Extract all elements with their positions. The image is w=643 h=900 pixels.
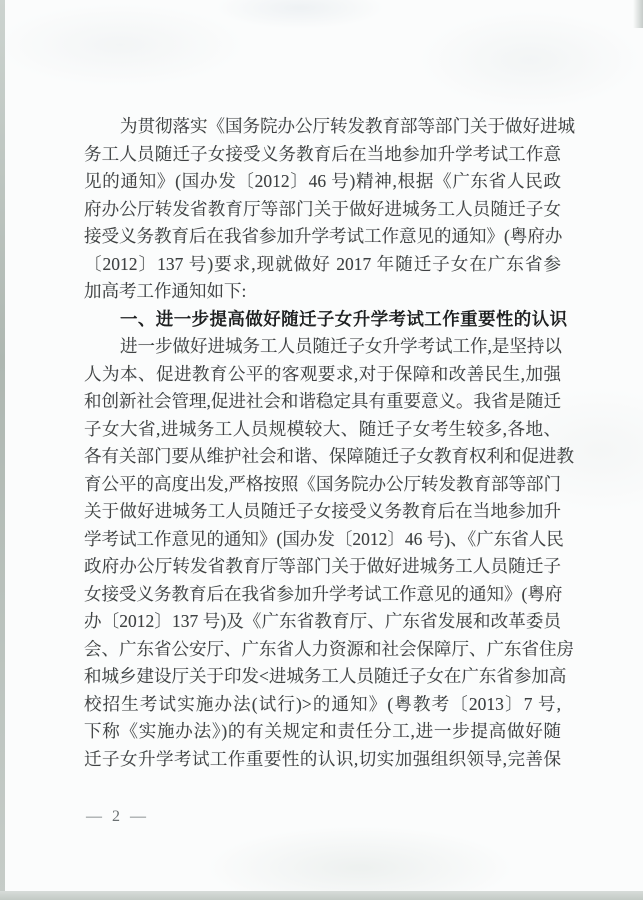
- scanned-document-page: 为贯彻落实《国务院办公厅转发教育部等部门关于做好进城 务工人员随迁子女接受义务教…: [0, 0, 643, 900]
- text-line: 女接受义务教育后在我省参加升学考试工作意见的通知》(粤府: [84, 581, 561, 609]
- text-line: 办〔2012〕137 号)及《广东省教育厅、广东省发展和改革委员: [84, 608, 561, 636]
- text-line: 会、广东省公安厅、广东省人力资源和社会保障厅、广东省住房: [84, 636, 561, 664]
- paragraph-1: 为贯彻落实《国务院办公厅转发教育部等部门关于做好进城 务工人员随迁子女接受义务教…: [84, 113, 561, 306]
- page-number: — 2 —: [86, 808, 149, 826]
- text-line: 校招生考试实施办法(试行)>的通知》(粤教考〔2013〕7 号,: [84, 691, 561, 719]
- text-line: 各有关部门要从维护社会和谐、保障随迁子女教育权利和促进教: [84, 443, 561, 471]
- text-line: 见的通知》(国办发〔2012〕46 号)精神,根据《广东省人民政: [84, 168, 561, 196]
- text-line: 下称《实施办法》)的有关规定和责任分工,进一步提高做好随: [84, 718, 561, 746]
- text-line: 和创新社会管理,促进社会和谐稳定具有重要意义。我省是随迁: [84, 388, 561, 416]
- document-body: 为贯彻落实《国务院办公厅转发教育部等部门关于做好进城 务工人员随迁子女接受义务教…: [84, 113, 561, 773]
- text-line: 接受义务教育后在我省参加升学考试工作意见的通知》(粤府办: [84, 223, 561, 251]
- text-line: 府办公厅转发省教育厅等部门关于做好进城务工人员随迁子女: [84, 196, 561, 224]
- scan-bottom-edge: [0, 891, 643, 900]
- paragraph-2: 进一步做好进城务工人员随迁子女升学考试工作,是坚持以 人为本、促进教育公平的客观…: [84, 333, 561, 773]
- text-line: 迁子女升学考试工作重要性的认识,切实加强组织领导,完善保: [84, 746, 561, 774]
- text-line: 政府办公厅转发省教育厅等部门关于做好进城务工人员随迁子: [84, 553, 561, 581]
- text-line: 务工人员随迁子女接受义务教育后在当地参加升学考试工作意: [84, 141, 561, 169]
- text-line: 和城乡建设厅关于印发<进城务工人员随迁子女在广东省参加高: [84, 663, 561, 691]
- scan-left-edge: [0, 0, 5, 900]
- text-line: 加高考工作通知如下:: [84, 278, 561, 306]
- text-line: 为贯彻落实《国务院办公厅转发教育部等部门关于做好进城: [84, 113, 561, 141]
- text-line: 学考试工作意见的通知》(国办发〔2012〕46 号)、《广东省人民: [84, 526, 561, 554]
- text-line: 育公平的高度出发,严格按照《国务院办公厅转发教育部等部门: [84, 471, 561, 499]
- text-line: 关于做好进城务工人员随迁子女接受义务教育后在当地参加升: [84, 498, 561, 526]
- scan-top-right-edge: [633, 0, 643, 28]
- text-line: 进一步做好进城务工人员随迁子女升学考试工作,是坚持以: [84, 333, 561, 361]
- section-heading-1: 一、进一步提高做好随迁子女升学考试工作重要性的认识: [84, 306, 561, 334]
- text-line: 人为本、促进教育公平的客观要求,对于保障和改善民生,加强: [84, 361, 561, 389]
- text-line: 〔2012〕137 号)要求,现就做好 2017 年随迁子女在广东省参: [84, 251, 561, 279]
- text-line: 子女大省,进城务工人员规模较大、随迁子女考生较多,各地、: [84, 416, 561, 444]
